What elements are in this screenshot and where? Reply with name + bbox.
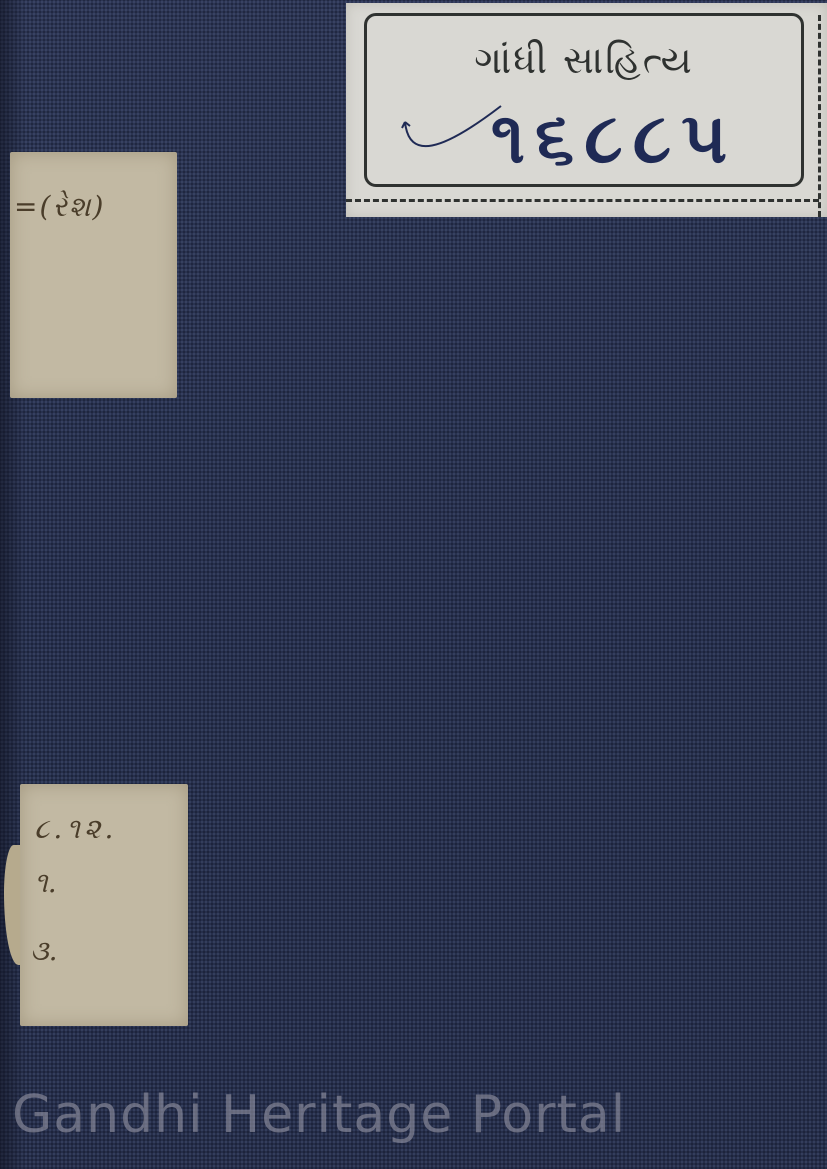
- spine-tag-top-text: =(રેશ): [14, 190, 105, 224]
- label-frame: ગાંધી સાહિત્ય ૧૬૮૮૫: [364, 13, 804, 187]
- spine-tag-bottom: ૮.૧૨. ૧. ૩.: [20, 784, 188, 1026]
- spine-tag-bottom-line3: ૩.: [30, 934, 58, 968]
- spine-tag-top: =(રેશ): [10, 152, 177, 398]
- perforation-line: [346, 199, 819, 202]
- perforation-line-vertical: [818, 15, 821, 217]
- spine-tag-bottom-line2: ૧.: [34, 866, 57, 900]
- library-label: ગાંધી સાહિત્ય ૧૬૮૮૫: [346, 3, 827, 217]
- label-title: ગાંધી સાહિત્ય: [367, 38, 801, 83]
- accession-number: ૧૬૮૮૫: [447, 96, 781, 180]
- watermark: Gandhi Heritage Portal: [12, 1085, 626, 1145]
- spine-tag-bottom-line1: ૮.૧૨.: [34, 812, 117, 846]
